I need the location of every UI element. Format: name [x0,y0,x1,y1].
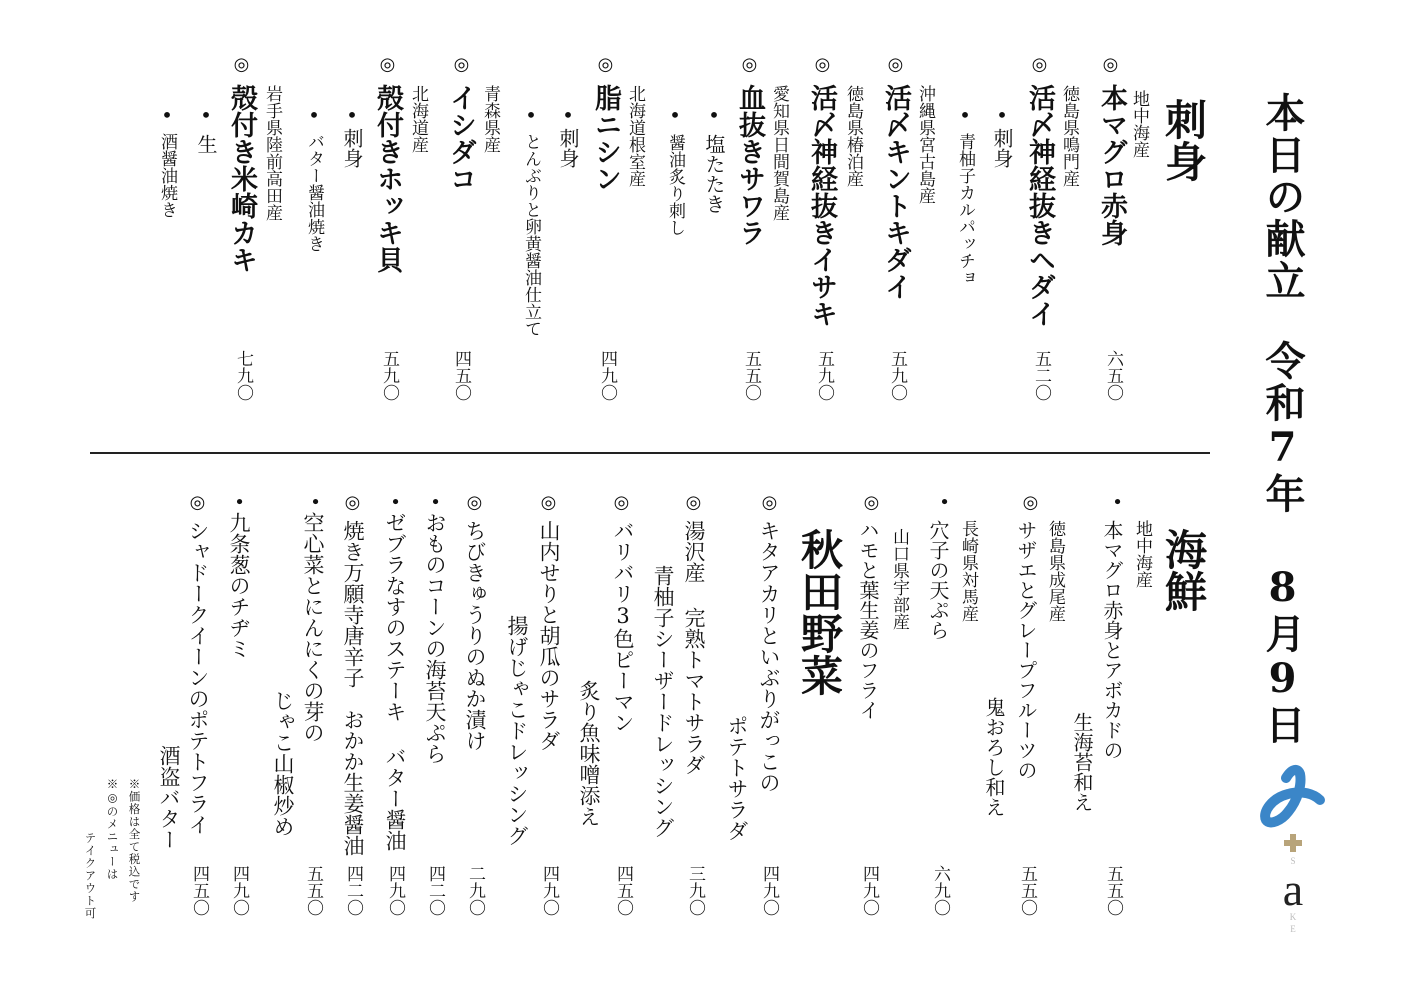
item-price: 六五〇 [1104,350,1121,401]
item-mark: • [230,492,248,513]
item-price: 四二〇 [426,865,443,916]
item-origin: 北海道産 [409,85,426,153]
item-name: 脂ニシン [592,84,619,192]
item-origin: 沖縄県宮古島産 [916,85,933,204]
item-name-line2: 生海苔和え [1072,712,1092,812]
item-sub-bullet: • [665,103,685,127]
item-name: 本マグロ赤身 [1098,84,1125,246]
item-price: 二九〇 [466,865,483,916]
item-name: キタアカリといぶりがっこの [758,520,779,793]
item-name: 九条葱のチヂミ [228,512,249,659]
item-origin: 徳島県成尾産 [1046,520,1063,622]
item-price: 五九〇 [888,350,905,401]
item-mark: • [386,492,404,513]
item-name-line2: 揚げじゃこドレッシング [506,615,527,846]
item-price: 五五〇 [1104,865,1121,916]
item-sub-bullet: • [157,103,177,127]
item-sub: 青柚子カルパッチョ [956,133,973,286]
menu-title: 本日の献立 [1262,92,1302,302]
item-sub: 生 [196,134,216,154]
item-origin: 北海道根室産 [626,85,643,187]
item-name-line2: 酒盗バター [158,745,179,850]
item-price: 五五〇 [1018,865,1035,916]
item-name-line2: 炙り魚味噌添え [578,680,599,827]
item-name: 殻付きホッキ貝 [374,84,401,273]
item-name: 血抜きサワラ [736,84,763,246]
takeout-mark: ◎ [1101,54,1119,75]
item-name: ハモと葉生姜のフライ [858,520,878,720]
item-sub: 刺身 [992,128,1012,168]
item-name: 焼き万願寺唐辛子 おかか生姜醤油 [342,520,363,856]
takeout-mark: ◎ [1021,492,1039,513]
item-price: 四九〇 [230,865,247,916]
item-sub: 刺身 [558,128,578,168]
takeout-mark: ◎ [378,54,396,75]
takeout-mark: ◎ [862,492,880,513]
item-name: イシダコ [447,84,474,192]
takeout-mark: ◎ [188,492,206,513]
section-divider [90,452,1210,454]
item-mark: • [426,492,444,513]
section-title-akita-vegetables: 秋田野菜 [798,528,840,696]
item-name: 活〆キントキダイ [882,84,909,300]
takeout-mark: ◎ [813,54,831,75]
item-price: 五五〇 [304,865,321,916]
takeout-mark: ◎ [684,492,702,513]
item-sub-bullet: • [558,103,578,127]
item-sub-bullet: • [196,103,216,127]
menu-date: 令和7年 8月9日 [1262,340,1302,746]
item-name: シャドークイーンのポテトフライ [187,520,208,835]
takeout-mark: ◎ [1030,54,1048,75]
takeout-mark: ◎ [886,54,904,75]
shop-logo: S a K E [1258,760,1328,940]
takeout-mark: ◎ [465,492,483,513]
item-name: 活〆神経抜きイサキ [808,84,835,327]
item-name: 空心菜とにんにくの芽の [302,512,323,743]
item-name: 湯沢産 完熟トマトサラダ [683,520,704,775]
item-origin: 地中海産 [1130,90,1147,158]
logo-mi-icon: S a K E [1258,760,1328,940]
item-sub-bullet: • [704,103,724,127]
item-name: おものコーンの海苔天ぷら [424,512,445,764]
item-price: 五九〇 [815,350,832,401]
item-mark: • [935,492,953,513]
item-price: 三九〇 [686,865,703,916]
item-mark: • [1108,492,1126,513]
item-price: 四九〇 [860,865,877,916]
item-sub-bullet: • [992,103,1012,127]
item-sub: 醤油炙り刺し [666,134,683,236]
item-name: サザエとグレープフルーツの [1016,520,1036,780]
item-origin: 長崎県対馬産 [959,520,976,622]
item-name: 殻付き米崎カキ [228,84,255,273]
item-price: 四五〇 [614,865,631,916]
item-name: バリバリ3色ピーマン [612,520,633,733]
item-sub: バター醤油焼き [305,133,322,252]
item-origin: 徳島県椿泊産 [844,85,861,187]
item-name: 山内せりと胡瓜のサラダ [538,520,559,751]
item-price: 四五〇 [452,350,469,401]
takeout-mark: ◎ [612,492,630,513]
svg-text:K: K [1290,912,1297,922]
item-origin: 岩手県陸前高田産 [263,85,280,221]
item-name: 穴子の天ぷら [928,520,948,640]
item-price: 六九〇 [931,865,948,916]
item-price: 四九〇 [760,865,777,916]
item-sub-bullet: • [342,103,362,127]
tax-note: ※価格は全て税込です [128,778,140,903]
takeout-note-2: テイクアウト可 [84,832,96,920]
item-sub: 刺身 [342,128,362,168]
item-name: ちびきゅうりのぬか漬け [464,520,485,751]
item-price: 四五〇 [190,865,207,916]
item-name: 本マグロ赤身とアボカドの [1102,520,1122,760]
item-name: 活〆神経抜きヘダイ [1026,84,1053,327]
item-price: 五五〇 [742,350,759,401]
takeout-mark: ◎ [740,54,758,75]
svg-text:E: E [1290,924,1296,934]
svg-text:a: a [1283,864,1303,915]
item-name-line2: 青柚子シーザードレッシング [652,565,673,838]
takeout-mark: ◎ [760,492,778,513]
item-price: 四二〇 [344,865,361,916]
item-sub-bullet: • [521,103,541,127]
takeout-mark: ◎ [539,492,557,513]
item-origin: 愛知県日間賀島産 [770,85,787,221]
item-price: 五九〇 [380,350,397,401]
takeout-note: ※◎のメニューは [106,778,118,881]
item-price: 四九〇 [540,865,557,916]
takeout-mark: ◎ [452,54,470,75]
item-sub: 塩たたき [704,134,724,214]
item-price: 四九〇 [598,350,615,401]
section-title-seafood: 海鮮 [1162,528,1204,612]
section-title-sashimi: 刺身 [1162,98,1204,182]
item-sub-bullet: • [304,103,324,127]
item-sub-bullet: • [955,103,975,127]
item-sub: とんぶりと卵黄醤油仕立て [522,133,539,337]
takeout-mark: ◎ [343,492,361,513]
item-name-line2: じゃこ山椒炒め [272,690,293,837]
takeout-mark: ◎ [596,54,614,75]
item-origin: 青森県産 [481,85,498,153]
item-origin: 地中海産 [1133,520,1150,588]
item-price: 五二〇 [1032,350,1049,401]
item-origin: 山口県宇部産 [890,528,907,630]
item-sub: 酒醤油焼き [158,133,175,218]
item-price: 七九〇 [234,350,251,401]
item-origin: 徳島県鳴門産 [1060,85,1077,187]
item-name-line2: 鬼おろし和え [984,697,1004,817]
item-price: 四九〇 [386,865,403,916]
item-name: ゼブラなすのステーキ バター醤油 [384,512,405,851]
takeout-mark: ◎ [232,54,250,75]
item-name-line2: ポテトサラダ [726,715,747,841]
item-mark: • [306,492,324,513]
